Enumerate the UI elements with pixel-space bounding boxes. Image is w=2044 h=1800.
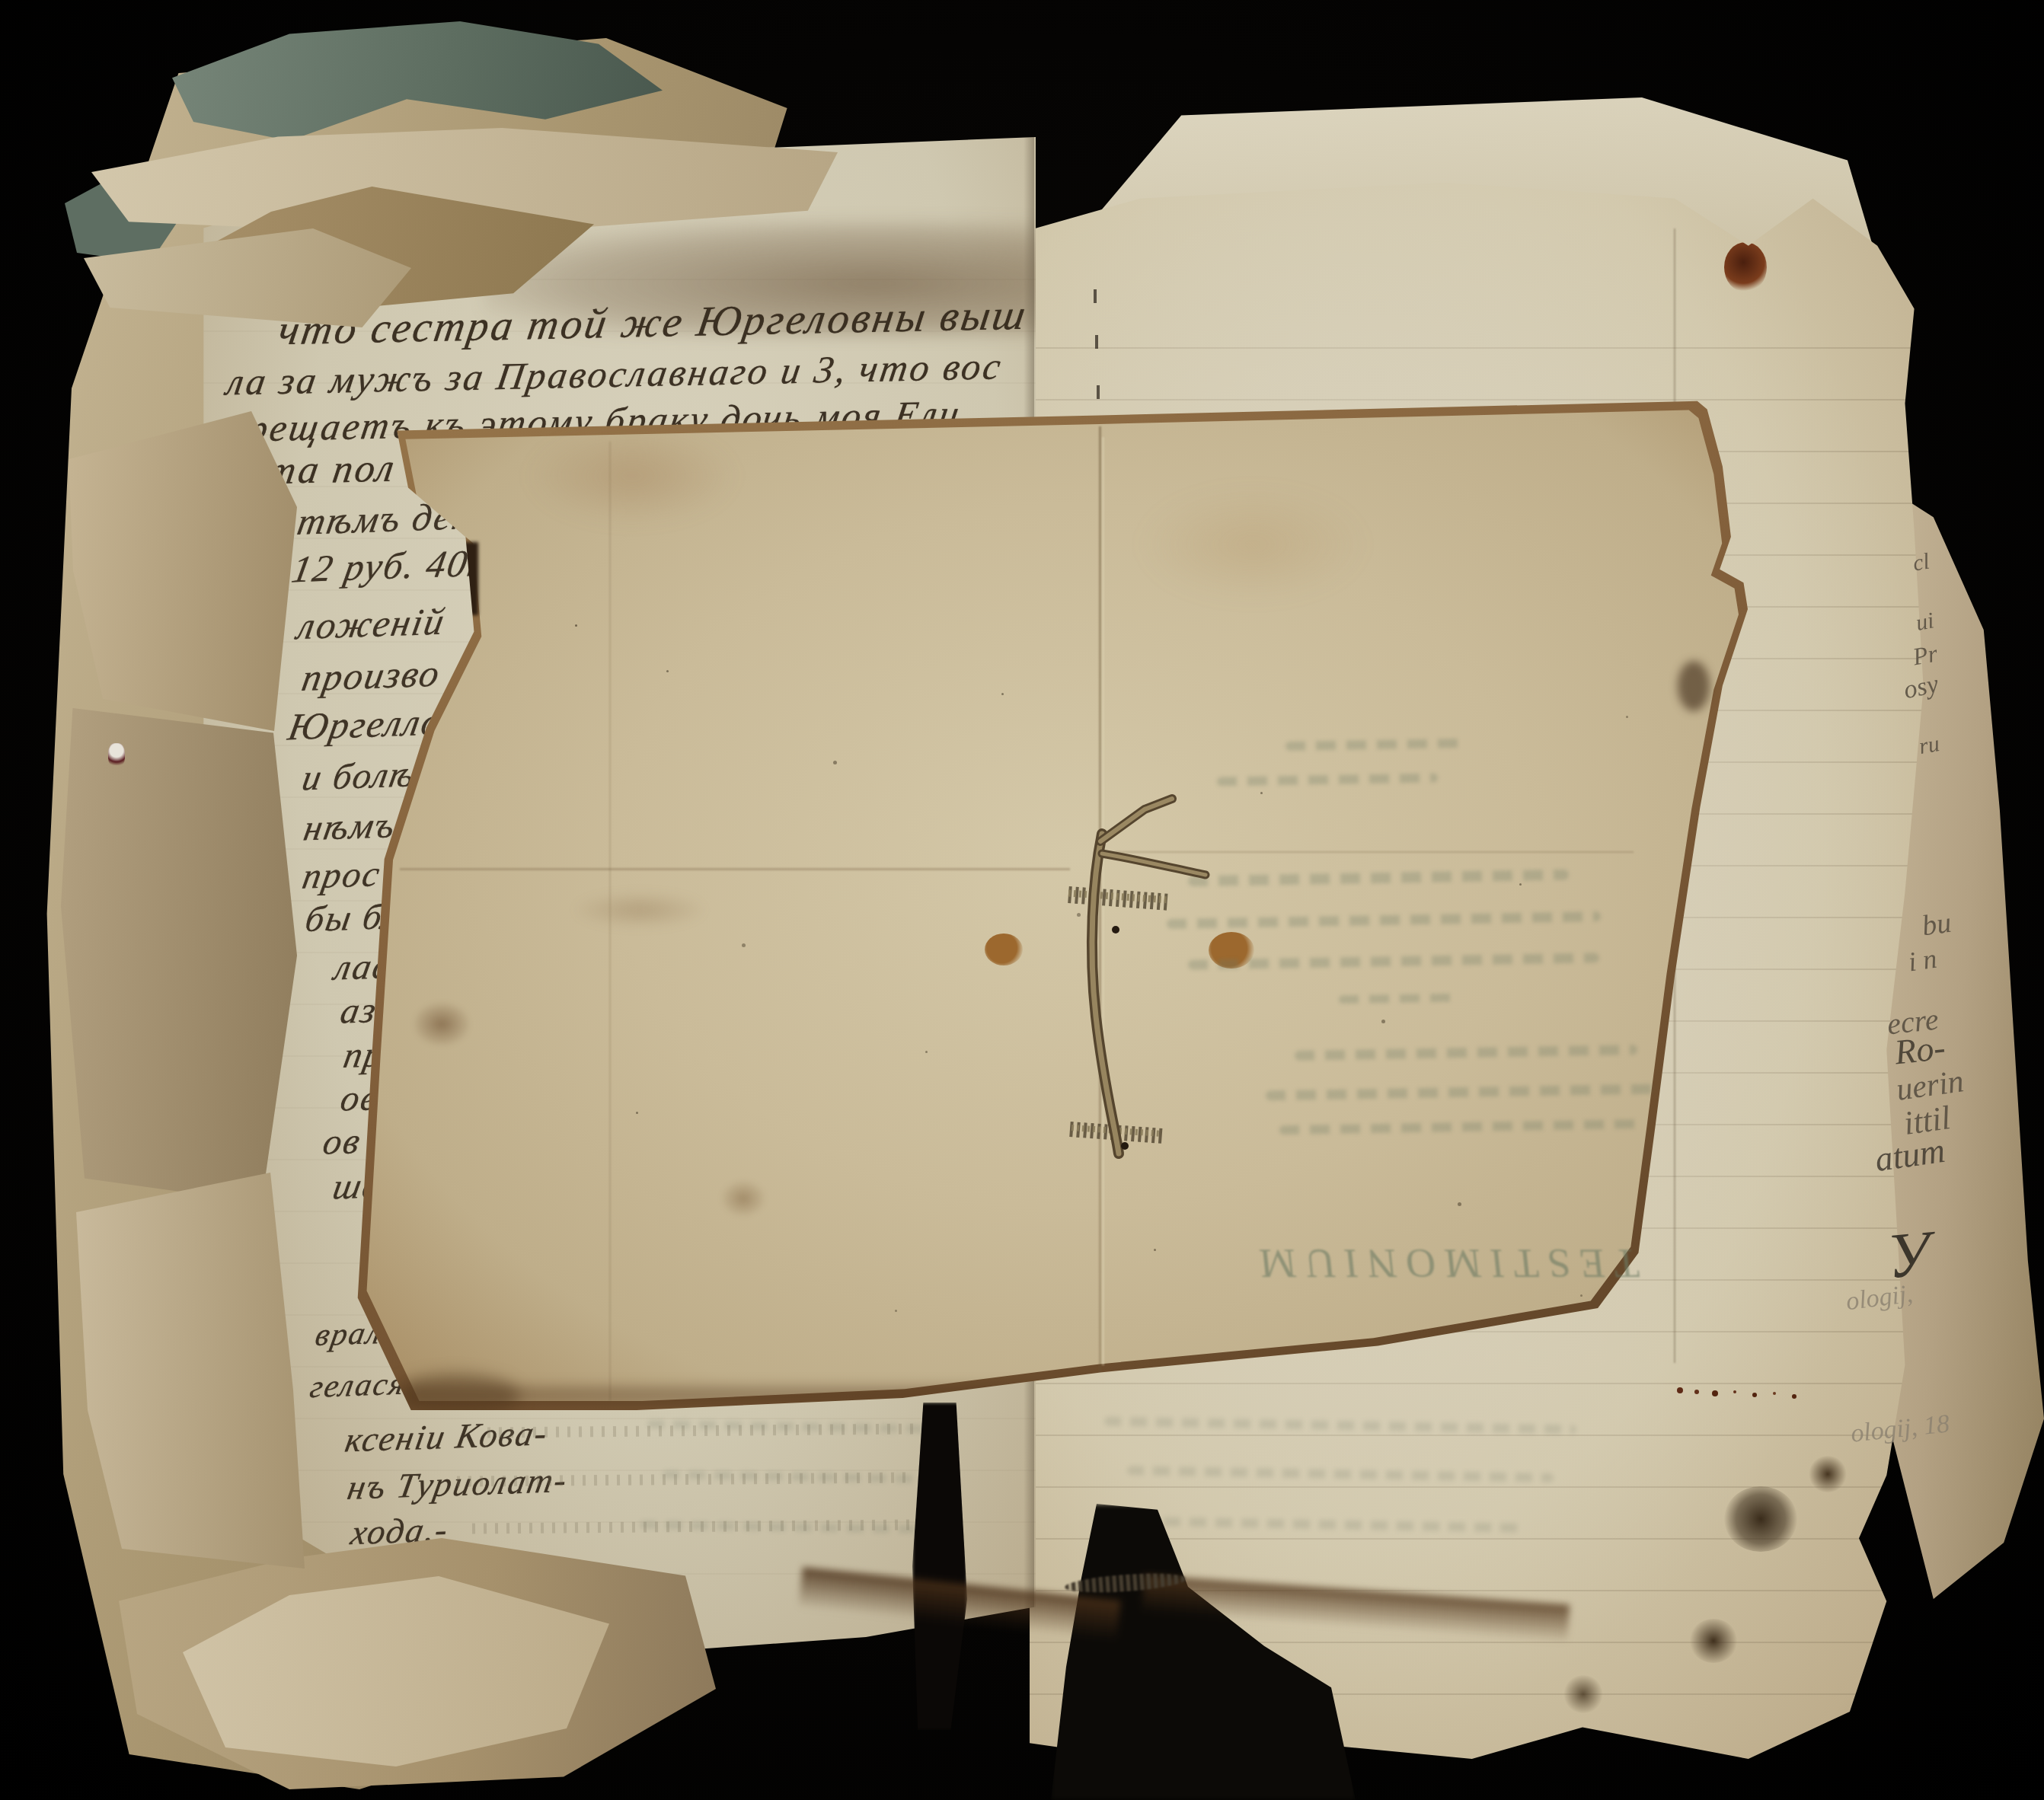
handwritten-fragment: ов	[320, 1120, 365, 1163]
mold-stain	[1689, 1619, 1738, 1663]
torn-gap-slit	[912, 1403, 967, 1730]
handwritten-fragment: произво	[299, 651, 444, 700]
archival-document-photo: bu i n cl ui Pr osy ru ecre Ro- uerin it…	[0, 0, 2044, 1800]
overlay-stain	[414, 1002, 470, 1046]
overlay-stain	[721, 1180, 765, 1217]
stitch-marks	[1094, 289, 1097, 303]
handwritten-fragment: 12 руб. 40к	[289, 541, 492, 592]
edge-fleck	[108, 743, 125, 768]
latin-fragment: bu	[1920, 906, 1953, 943]
rust-dots	[1677, 1387, 1683, 1393]
stack-strip	[61, 708, 297, 1203]
binding-cord	[1055, 788, 1230, 1245]
mold-stain	[1724, 1486, 1797, 1552]
mold-stain	[1858, 1710, 1915, 1760]
latin-fragment: Pr	[1911, 640, 1940, 672]
overlay-stain	[525, 426, 739, 525]
ghost-title: TESTIMONIUM	[1347, 1240, 1642, 1287]
scorch-edge	[1678, 661, 1710, 711]
mold-stain	[1563, 1675, 1604, 1713]
overlay-crease	[400, 868, 1070, 870]
overlay-stain	[1139, 487, 1367, 602]
handwritten-fragment: прос	[299, 853, 385, 898]
handwritten-fragment: ложеній	[294, 599, 449, 649]
handwritten-fragment: и болѣ	[299, 753, 420, 799]
overlay-stain	[575, 892, 704, 927]
stack-strip	[69, 411, 297, 731]
latin-fragment: ru	[1917, 731, 1941, 760]
speckles	[575, 624, 577, 627]
latin-fragment: i n	[1906, 943, 1939, 978]
glue-spot	[985, 934, 1023, 965]
mold-stain	[1808, 1456, 1848, 1492]
wax-stain	[1724, 242, 1767, 292]
